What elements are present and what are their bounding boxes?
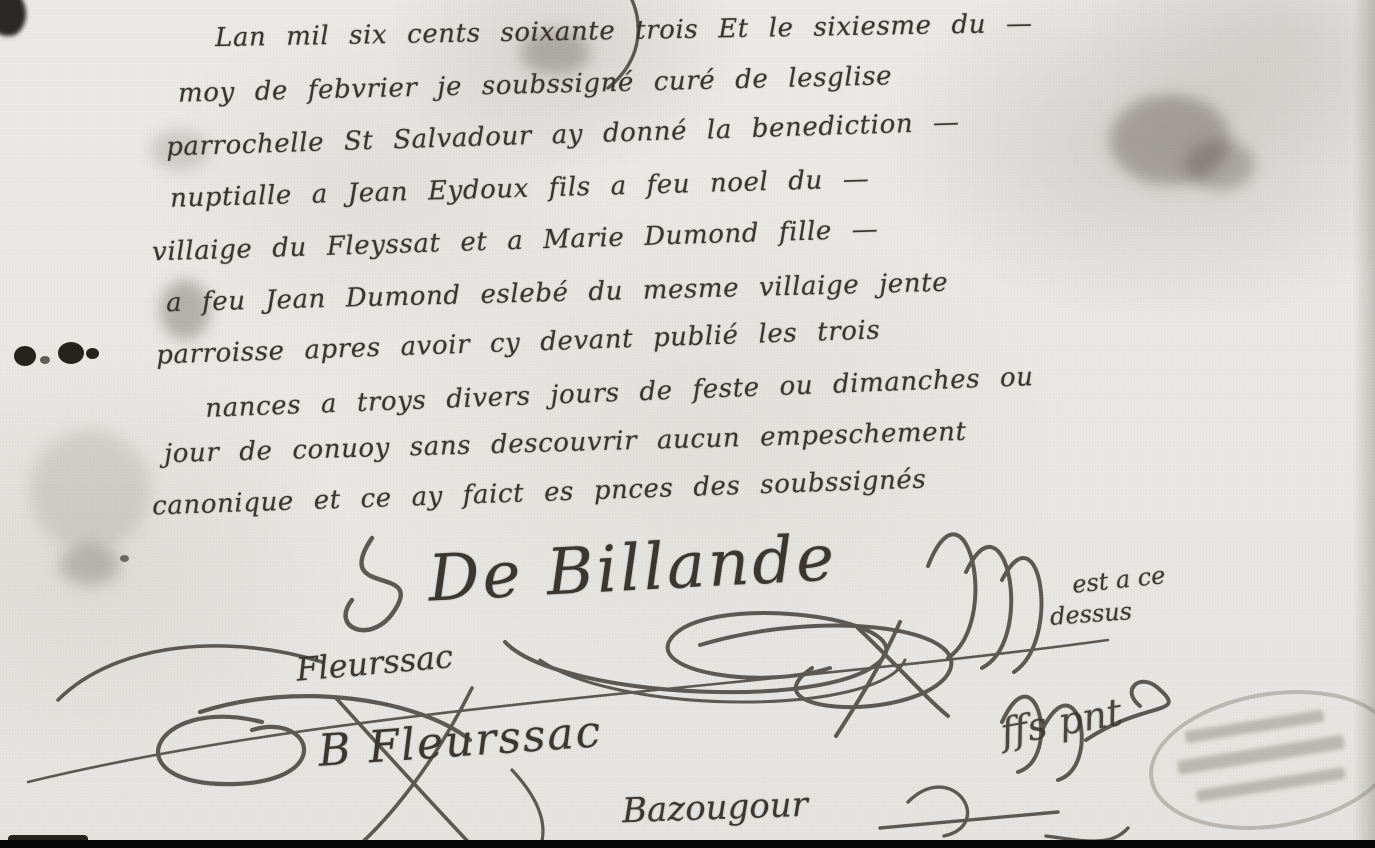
manuscript-line: jour de conuoy sans descouvrir aucun emp… (164, 417, 967, 469)
ink-blot (58, 342, 84, 364)
archive-stamp-oval (1139, 673, 1375, 846)
manuscript-line: villaige du Fleyssat et a Marie Dumond f… (152, 215, 879, 268)
manuscript-line: parrochelle St Salvadour ay donné la ben… (166, 108, 960, 163)
scan-bottom-edge (0, 840, 1375, 848)
row2-paraph (700, 622, 951, 736)
stamp-text-illegible (1196, 767, 1346, 802)
signature-row2: Fleurssac (295, 637, 455, 689)
main-paraph-loops (928, 534, 1041, 672)
signature-bottom: Bazougour (621, 785, 808, 831)
main-signature-underloop (505, 613, 886, 692)
main-signature-swash (346, 538, 401, 630)
signature-main: De Billande (426, 521, 838, 616)
bottom-flourish (880, 787, 1128, 841)
ink-blot (120, 555, 129, 562)
signature-note-line2: dessus (1049, 597, 1133, 631)
manuscript-line: nances a troys divers jours de feste ou … (205, 362, 1034, 424)
bottom-left-swash (512, 770, 543, 848)
manuscript-line: Lan mil six cents soixante trois Et le s… (215, 9, 1033, 53)
stamp-text-illegible (1184, 710, 1324, 744)
row2-left-swash (58, 646, 322, 700)
ink-blot (14, 346, 36, 366)
ink-smudge (30, 430, 150, 550)
main-signature-underloop (540, 660, 905, 702)
manuscript-line: nuptialle a Jean Eydoux fils a feu noel … (170, 164, 870, 214)
corner-ink-mark (0, 0, 26, 36)
signature-row3-suffix: ffs pnt (997, 690, 1125, 755)
signature-row3: B Fleurssac (317, 706, 604, 777)
ink-smudge (60, 545, 120, 585)
manuscript-line: canonique et ce ay faict es pnces des so… (152, 464, 927, 521)
manuscript-scan-page: Lan mil six cents soixante trois Et le s… (0, 0, 1375, 848)
manuscript-line: a feu Jean Dumond eslebé du mesme villai… (166, 268, 949, 318)
ink-blot (86, 348, 99, 359)
signature-note-line1: est a ce (1071, 561, 1167, 599)
manuscript-line: parroisse apres avoir cy devant publié l… (156, 315, 881, 370)
ink-smudge (1185, 140, 1255, 190)
ink-blot (40, 356, 50, 364)
